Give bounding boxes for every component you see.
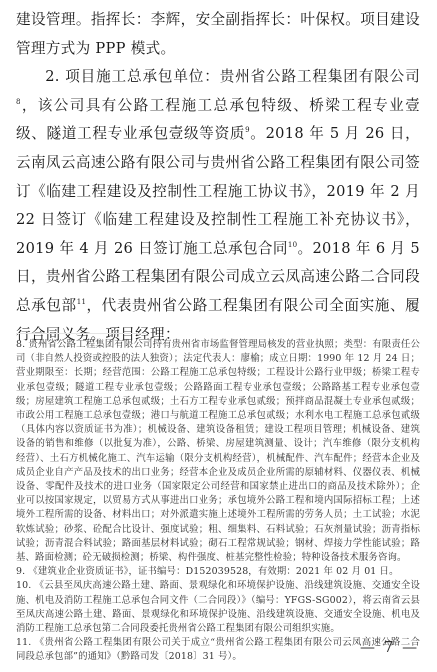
- footnotes: 8. 贵州省公路工程集团有限公司持有贵州省市场监督管理局核发的营业执照；类型：有…: [16, 338, 420, 665]
- footnote-separator: [16, 333, 146, 334]
- footnote-ref-11[interactable]: 11: [77, 298, 87, 306]
- page-number: — 7 —: [360, 638, 419, 656]
- paragraph-2: 2. 项目施工总承包单位：贵州省公路工程集团有限公司8，该公司具有公路工程施工总…: [16, 63, 420, 349]
- footnote-8: 8. 贵州省公路工程集团有限公司持有贵州省市场监督管理局核发的营业执照；类型：有…: [16, 338, 420, 565]
- footnote-10: 10. 《云县至凤庆高速公路土建、路面、景观绿化和环境保护设施、沿线建筑设施、交…: [16, 579, 420, 636]
- footnote-9: 9. 《建筑业企业资质证书》，证书编号：D152039528，有效期：2021 …: [16, 565, 420, 579]
- body-text: 建设管理。指挥长：李辉，安全副指挥长：叶保权。项目建设管理方式为 PPP 模式。…: [16, 6, 420, 349]
- paragraph-1: 建设管理。指挥长：李辉，安全副指挥长：叶保权。项目建设管理方式为 PPP 模式。: [16, 6, 420, 63]
- document-page: 建设管理。指挥长：李辉，安全副指挥长：叶保权。项目建设管理方式为 PPP 模式。…: [0, 0, 437, 672]
- footnote-ref-10[interactable]: 10: [288, 241, 298, 249]
